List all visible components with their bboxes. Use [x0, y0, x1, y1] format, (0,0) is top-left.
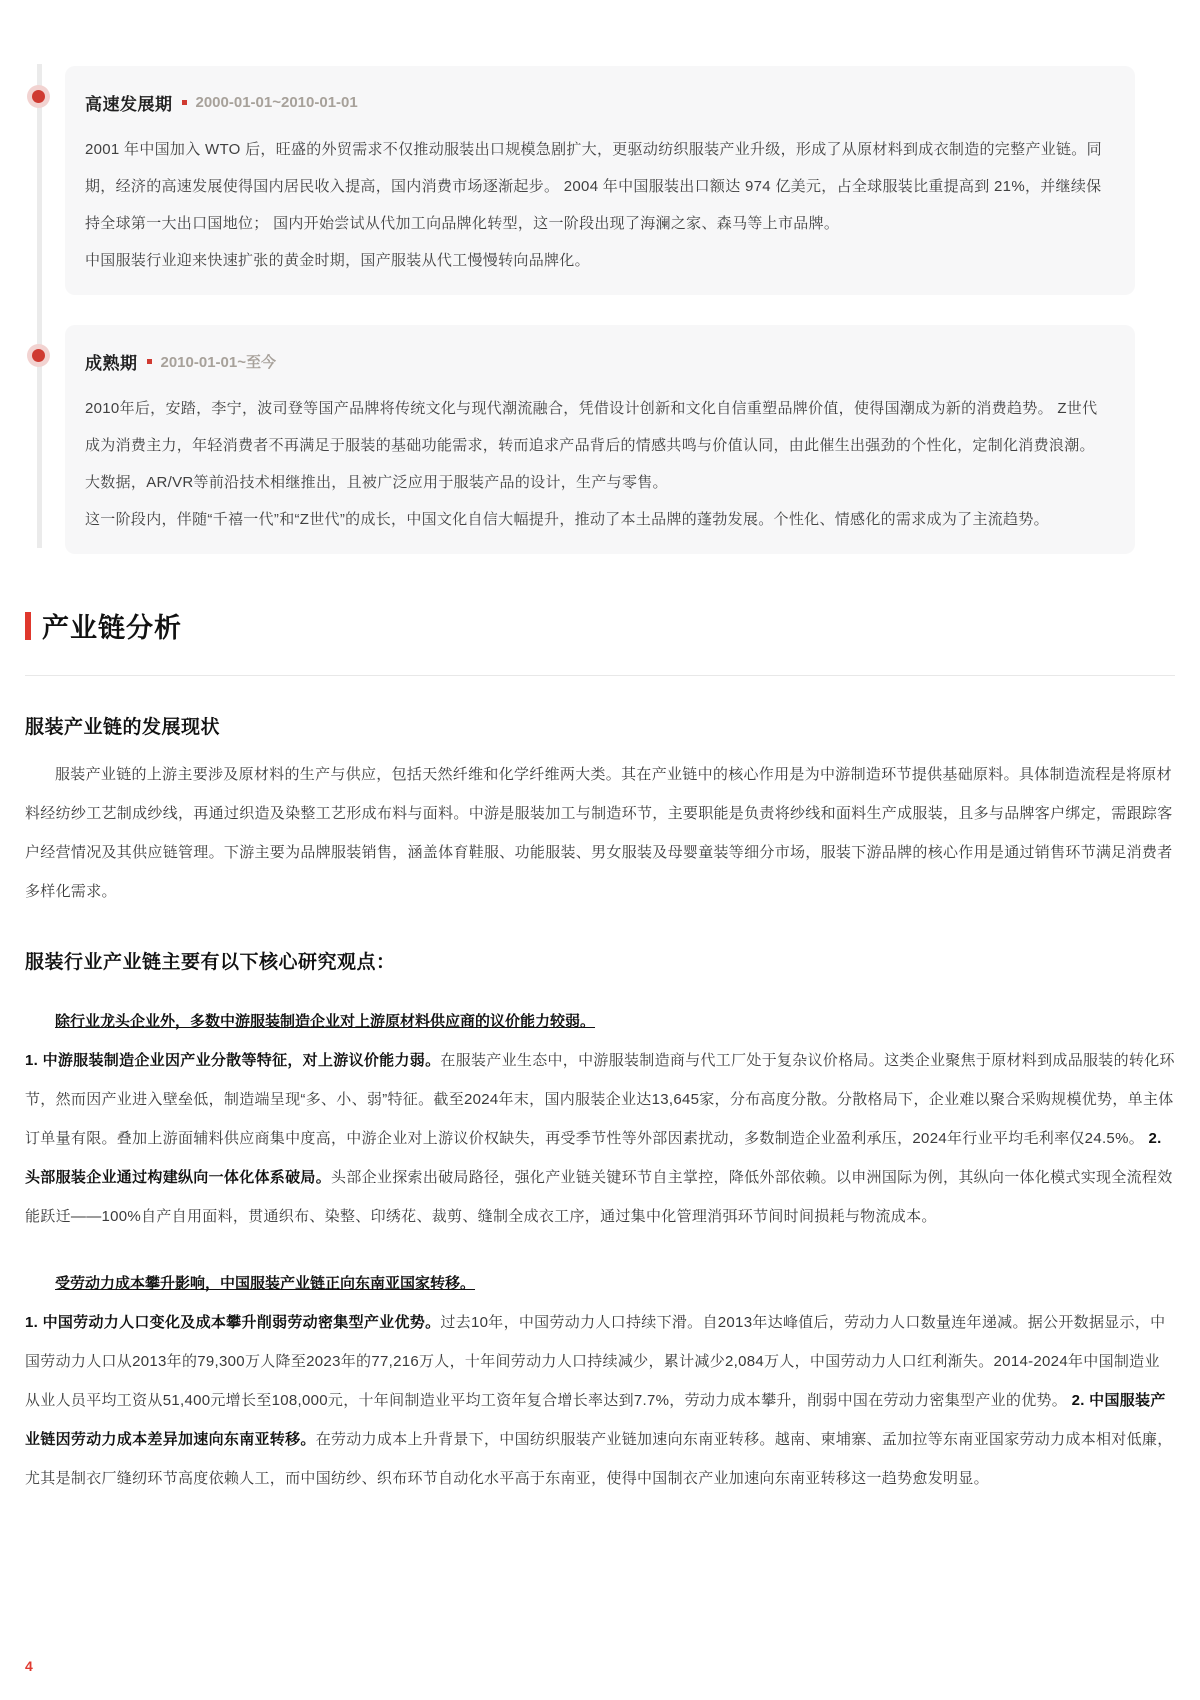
timeline-card-header: 成熟期 2010-01-01~至今	[85, 349, 1105, 374]
timeline-card-body: 2001 年中国加入 WTO 后，旺盛的外贸需求不仅推动服装出口规模急剧扩大，更…	[85, 131, 1105, 279]
subsection-title-core-viewpoints: 服装行业产业链主要有以下核心研究观点：	[25, 947, 1175, 974]
observation-point-title: 1. 中游服装制造企业因产业分散等特征，对上游议价能力弱。	[25, 1052, 440, 1069]
section-accent-bar-icon	[25, 612, 31, 640]
bullet-separator-icon	[147, 359, 152, 364]
timeline-period-date: 2000-01-01~2010-01-01	[196, 94, 358, 111]
observation-point-title: 1. 中国劳动力人口变化及成本攀升削弱劳动密集型产业优势。	[25, 1314, 440, 1331]
timeline-card-body: 2010年后，安踏，李宁，波司登等国产品牌将传统文化与现代潮流融合，凭借设计创新…	[85, 390, 1105, 538]
development-status-paragraph: 服装产业链的上游主要涉及原材料的生产与供应，包括天然纤维和化学纤维两大类。其在产…	[25, 755, 1175, 911]
subsection-title-development-status: 服装产业链的发展现状	[25, 712, 1175, 739]
timeline-card-paragraph: 这一阶段内，伴随“千禧一代”和“Z世代”的成长，中国文化自信大幅提升，推动了本土…	[85, 501, 1105, 538]
observation-paragraph-southeast-asia-shift: 1. 中国劳动力人口变化及成本攀升削弱劳动密集型产业优势。过去10年，中国劳动力…	[25, 1303, 1175, 1498]
timeline-dot-icon	[32, 349, 45, 362]
timeline-card-paragraph: 2010年后，安踏，李宁，波司登等国产品牌将传统文化与现代潮流融合，凭借设计创新…	[85, 390, 1105, 501]
page-number: 4	[25, 1658, 33, 1674]
timeline-card: 成熟期 2010-01-01~至今 2010年后，安踏，李宁，波司登等国产品牌将…	[65, 325, 1135, 554]
timeline-track-line	[37, 64, 42, 548]
timeline-period-title: 成熟期	[85, 349, 138, 374]
timeline-card: 高速发展期 2000-01-01~2010-01-01 2001 年中国加入 W…	[65, 66, 1135, 295]
section-title-text: 产业链分析	[42, 606, 182, 645]
timeline-item-maturity: 成熟期 2010-01-01~至今 2010年后，安踏，李宁，波司登等国产品牌将…	[65, 325, 1135, 554]
section-title-industry-chain-analysis: 产业链分析	[25, 606, 1175, 645]
timeline-card-paragraph: 2001 年中国加入 WTO 后，旺盛的外贸需求不仅推动服装出口规模急剧扩大，更…	[85, 131, 1105, 242]
timeline-period-date: 2010-01-01~至今	[161, 351, 277, 372]
bullet-separator-icon	[182, 100, 187, 105]
observation-lead-bargaining-power: 除行业龙头企业外，多数中游服装制造企业对上游原材料供应商的议价能力较弱。	[25, 1002, 1175, 1041]
timeline-card-header: 高速发展期 2000-01-01~2010-01-01	[85, 90, 1105, 115]
timeline-dot-icon	[32, 90, 45, 103]
timeline-item-rapid-growth: 高速发展期 2000-01-01~2010-01-01 2001 年中国加入 W…	[65, 66, 1135, 295]
timeline: 高速发展期 2000-01-01~2010-01-01 2001 年中国加入 W…	[0, 0, 1200, 554]
timeline-period-title: 高速发展期	[85, 90, 173, 115]
observation-lead-southeast-asia-shift: 受劳动力成本攀升影响，中国服装产业链正向东南亚国家转移。	[25, 1264, 1175, 1303]
section-divider	[25, 675, 1175, 676]
timeline-card-paragraph: 中国服装行业迎来快速扩张的黄金时期，国产服装从代工慢慢转向品牌化。	[85, 242, 1105, 279]
observation-paragraph-bargaining-power: 1. 中游服装制造企业因产业分散等特征，对上游议价能力弱。在服装产业生态中，中游…	[25, 1041, 1175, 1236]
